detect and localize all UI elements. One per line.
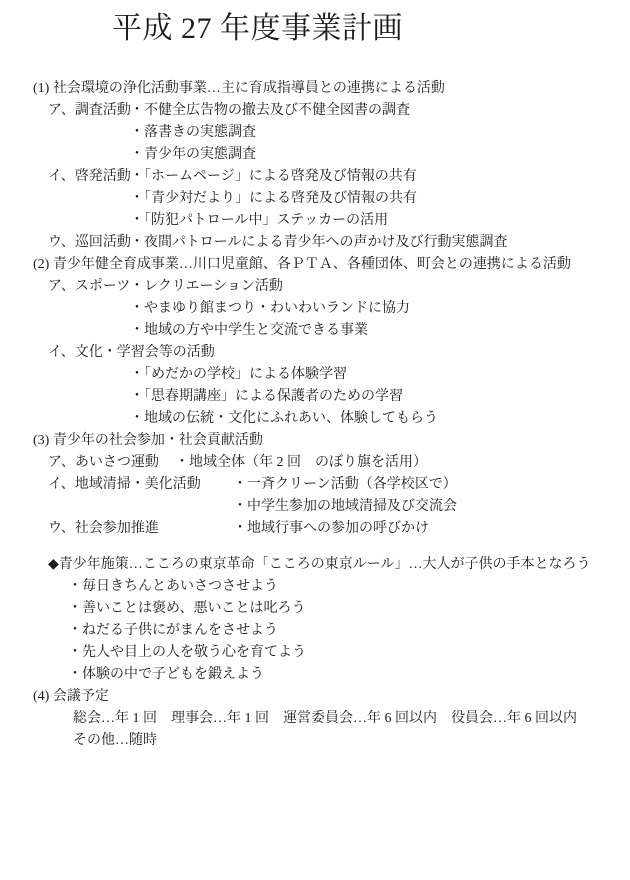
doc-line: ・地域の方や中学生と交流できる事業 (0, 320, 630, 342)
sub-item-label: ア、あいさつ運動 (48, 452, 159, 474)
sub-item-label: イ、地域清掃・美化活動 (48, 474, 201, 496)
doc-line: (2) 青少年健全育成事業…川口児童館、各ＰＴＡ、各種団体、町会との連携による活… (0, 254, 630, 276)
sub-item-label: イ、啓発活動 (48, 166, 131, 188)
bullet-item: ・やまゆり館まつり・わいわいランドに協力 (130, 298, 410, 320)
doc-line: ・「防犯パトロール中」ステッカーの活用 (0, 210, 630, 232)
section-heading: (4) 会議予定 (33, 686, 109, 708)
doc-line: ア、あいさつ運動・地域全体（年 2 回 のぼり旗を活用） (0, 452, 630, 474)
rule-bullet-item: ・善いことは褒め、悪いことは叱ろう (68, 598, 305, 620)
sub-item-label: ア、スポーツ (48, 276, 130, 298)
doc-line: ア、スポーツ・レクリエーション活動 (0, 276, 630, 298)
doc-line: イ、啓発活動・「ホームページ」による啓発及び情報の共有 (0, 166, 630, 188)
rule-bullet-item: ・毎日きちんとあいさつさせよう (68, 576, 278, 598)
document-body: (1) 社会環境の浄化活動事業…主に育成指導員との連携による活動ア、調査活動・不… (0, 78, 630, 752)
doc-line: ・落書きの実態調査 (0, 122, 630, 144)
bullet-item: ・青少年の実態調査 (130, 144, 256, 166)
doc-line: ・「めだかの学校」による体験学習 (0, 364, 630, 386)
doc-line: ア、調査活動・不健全広告物の撤去及び不健全図書の調査 (0, 100, 630, 122)
bullet-item: ・「思春期講座」による保護者のための学習 (130, 386, 403, 408)
sub-item-label: ア、調査活動 (48, 100, 131, 122)
doc-line: ・毎日きちんとあいさつさせよう (0, 576, 630, 598)
section-heading: (1) 社会環境の浄化活動事業…主に育成指導員との連携による活動 (33, 78, 445, 100)
doc-line: ・善いことは褒め、悪いことは叱ろう (0, 598, 630, 620)
rule-bullet-item: ・ねだる子供にがまんをさせよう (68, 620, 278, 642)
doc-line: ◆青少年施策…こころの東京革命「こころの東京ルール」…大人が子供の手本となろう (0, 554, 630, 576)
bullet-item: ・地域の伝統・文化にふれあい、体験してもらう (130, 408, 438, 430)
sub-item-label: ウ、社会参加推進 (48, 518, 159, 540)
doc-line: ・「思春期講座」による保護者のための学習 (0, 386, 630, 408)
doc-line: ・体験の中で子どもを鍛えよう (0, 664, 630, 686)
bullet-item: ・「めだかの学校」による体験学習 (130, 364, 347, 386)
doc-line: その他…随時 (0, 730, 630, 752)
doc-line: 総会…年 1 回 理事会…年 1 回 運営委員会…年 6 回以内 役員会…年 6… (0, 708, 630, 730)
bullet-item: ・一斉クリーン活動（各学校区で） (233, 474, 457, 496)
doc-line: ・先人や目上の人を敬う心を育てよう (0, 642, 630, 664)
doc-line: ・「青少対だより」による啓発及び情報の共有 (0, 188, 630, 210)
bullet-item: ・夜間パトロールによる青少年への声かけ及び行動実態調査 (130, 232, 507, 254)
doc-line: ・青少年の実態調査 (0, 144, 630, 166)
paragraph-spacer (0, 540, 630, 554)
document-title: 平成 27 年度事業計画 (112, 12, 403, 46)
meeting-schedule-text: その他…随時 (73, 730, 157, 752)
bullet-item: ・地域の方や中学生と交流できる事業 (130, 320, 368, 342)
document-page: 平成 27 年度事業計画 (1) 社会環境の浄化活動事業…主に育成指導員との連携… (0, 0, 630, 880)
meeting-schedule-text: 総会…年 1 回 理事会…年 1 回 運営委員会…年 6 回以内 役員会…年 6… (73, 708, 577, 730)
bullet-item: ・地域行事への参加の呼びかけ (233, 518, 429, 540)
doc-line: ウ、社会参加推進・地域行事への参加の呼びかけ (0, 518, 630, 540)
section-heading: (3) 青少年の社会参加・社会貢献活動 (33, 430, 263, 452)
doc-line: (1) 社会環境の浄化活動事業…主に育成指導員との連携による活動 (0, 78, 630, 100)
doc-line: ・ねだる子供にがまんをさせよう (0, 620, 630, 642)
bullet-item: ・中学生参加の地域清掃及び交流会 (233, 496, 457, 518)
doc-line: ・地域の伝統・文化にふれあい、体験してもらう (0, 408, 630, 430)
rule-bullet-item: ・体験の中で子どもを鍛えよう (68, 664, 264, 686)
doc-line: (3) 青少年の社会参加・社会貢献活動 (0, 430, 630, 452)
sub-item-label: イ、文化・学習会等の活動 (48, 342, 215, 364)
bullet-item: ・地域全体（年 2 回 のぼり旗を活用） (175, 452, 427, 474)
sub-item-label: ◆青少年施策…こころの東京革命「こころの東京ルール」…大人が子供の手本となろう (48, 554, 590, 576)
bullet-item: ・「ホームページ」による啓発及び情報の共有 (130, 166, 417, 188)
doc-line: (4) 会議予定 (0, 686, 630, 708)
doc-line: イ、地域清掃・美化活動・一斉クリーン活動（各学校区で） (0, 474, 630, 496)
sub-item-label: ウ、巡回活動 (48, 232, 131, 254)
rule-bullet-item: ・先人や目上の人を敬う心を育てよう (68, 642, 306, 664)
bullet-item: ・不健全広告物の撤去及び不健全図書の調査 (130, 100, 410, 122)
doc-line: ・中学生参加の地域清掃及び交流会 (0, 496, 630, 518)
doc-line: ウ、巡回活動・夜間パトロールによる青少年への声かけ及び行動実態調査 (0, 232, 630, 254)
bullet-item: ・落書きの実態調査 (130, 122, 256, 144)
bullet-item: ・「青少対だより」による啓発及び情報の共有 (130, 188, 417, 210)
doc-line: ・やまゆり館まつり・わいわいランドに協力 (0, 298, 630, 320)
bullet-item: ・レクリエーション活動 (130, 276, 283, 298)
bullet-item: ・「防犯パトロール中」ステッカーの活用 (130, 210, 388, 232)
section-heading: (2) 青少年健全育成事業…川口児童館、各ＰＴＡ、各種団体、町会との連携による活… (33, 254, 571, 276)
doc-line: イ、文化・学習会等の活動 (0, 342, 630, 364)
